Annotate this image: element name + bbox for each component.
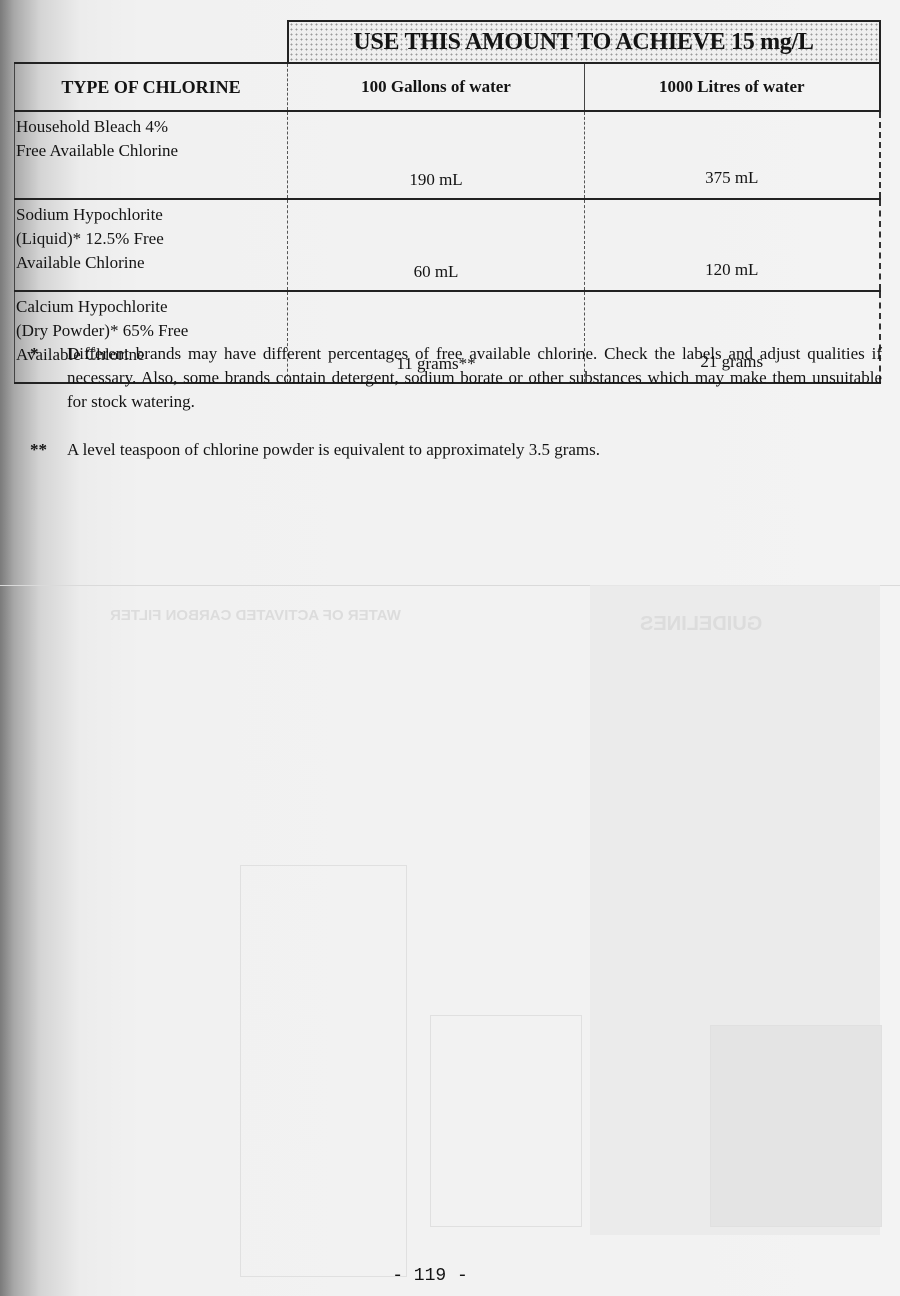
table-banner: USE THIS AMOUNT TO ACHIEVE 15 mg/L — [288, 21, 880, 63]
amount-1000-litres: 120 mL — [585, 199, 880, 291]
footnote-text: A level teaspoon of chlorine powder is e… — [67, 438, 600, 462]
footnote-mark: ** — [30, 438, 67, 462]
footnotes: * Different brands may have different pe… — [30, 342, 882, 486]
reverse-page-bleed-through: WATER OF ACTIVATED CARBON FILTER GUIDELI… — [0, 585, 900, 1235]
table-header-row: TYPE OF CHLORINE 100 Gallons of water 10… — [15, 63, 880, 111]
footnote-mark: * — [30, 342, 67, 414]
chlorine-type-cell: Household Bleach 4% Free Available Chlor… — [15, 111, 288, 199]
amount-1000-litres: 375 mL — [585, 111, 880, 199]
amount-100-gallons: 60 mL — [288, 199, 585, 291]
footnote-double-asterisk: ** A level teaspoon of chlorine powder i… — [30, 438, 882, 462]
header-type-of-chlorine: TYPE OF CHLORINE — [15, 63, 288, 111]
chlorine-type-cell: Sodium Hypochlorite (Liquid)* 12.5% Free… — [15, 199, 288, 291]
chlorine-dosage-table: USE THIS AMOUNT TO ACHIEVE 15 mg/L TYPE … — [14, 20, 881, 384]
footnote-text: Different brands may have different perc… — [67, 342, 882, 414]
table-row: Sodium Hypochlorite (Liquid)* 12.5% Free… — [15, 199, 880, 291]
page-number: - 119 - — [0, 1266, 860, 1286]
footnote-single-asterisk: * Different brands may have different pe… — [30, 342, 882, 414]
amount-100-gallons: 190 mL — [288, 111, 585, 199]
table-row: Household Bleach 4% Free Available Chlor… — [15, 111, 880, 199]
header-1000-litres: 1000 Litres of water — [585, 63, 880, 111]
header-100-gallons: 100 Gallons of water — [288, 63, 585, 111]
document-page: WATER OF ACTIVATED CARBON FILTER GUIDELI… — [0, 0, 900, 1296]
